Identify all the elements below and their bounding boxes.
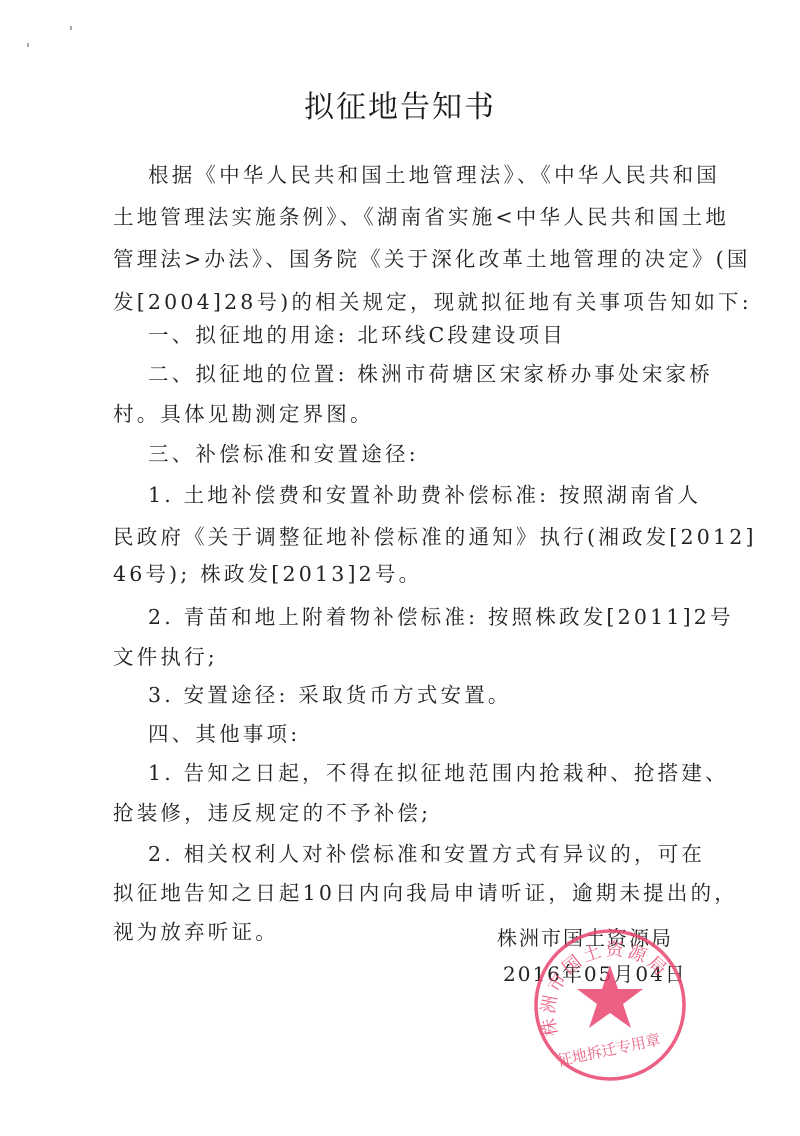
- paragraph-line: 拟征地告知之日起10日内向我局申请听证，逾期未提出的，: [113, 876, 738, 906]
- document-page: 拟征地告知书 根据《中华人民共和国土地管理法》、《中华人民共和国 土地管理法实施…: [0, 0, 800, 1136]
- paragraph-line: 土地管理法实施条例》、《湖南省实施<中华人民共和国土地: [113, 200, 729, 230]
- paragraph-line: 文件执行;: [113, 640, 218, 670]
- star-icon: [577, 965, 643, 1028]
- document-title: 拟征地告知书: [0, 82, 800, 126]
- list-item: 2. 青苗和地上附着物补偿标准: 按照株政发[2011]2号: [148, 600, 734, 630]
- paragraph-line: 管理法>办法》、国务院《关于深化改革土地管理的决定》(国: [113, 242, 751, 272]
- list-item: 3. 安置途径: 采取货币方式安置。: [148, 678, 512, 708]
- paragraph-line: 发[2004]28号)的相关规定，现就拟征地有关事项告知如下:: [113, 285, 752, 315]
- list-item: 1. 土地补偿费和安置补助费补偿标准: 按照湖南省人: [148, 478, 701, 508]
- paragraph-line: 根据《中华人民共和国土地管理法》、《中华人民共和国: [148, 158, 720, 188]
- section-heading: 三、补偿标准和安置途径:: [148, 437, 419, 467]
- section-heading: 一、拟征地的用途: 北环线C段建设项目: [148, 318, 566, 348]
- official-seal: 株洲市国土资源局 征地拆迁专用章: [530, 925, 690, 1085]
- seal-inner-text: 征地拆迁专用章: [556, 1030, 662, 1069]
- scan-speck: [27, 43, 29, 47]
- paragraph-line: 视为放弃听证。: [113, 915, 279, 945]
- paragraph-line: 抢装修，违反规定的不予补偿;: [113, 796, 431, 826]
- list-item: 1. 告知之日起，不得在拟征地范围内抢栽种、抢搭建、: [148, 756, 729, 786]
- list-item: 2. 相关权利人对补偿标准和安置方式有异议的，可在: [148, 837, 705, 867]
- paragraph-line: 村。具体见勘测定界图。: [113, 397, 374, 427]
- scan-speck: [70, 26, 72, 30]
- paragraph-line: 46号); 株政发[2013]2号。: [113, 557, 422, 587]
- section-heading: 二、拟征地的位置: 株洲市荷塘区宋家桥办事处宋家桥: [148, 357, 713, 387]
- paragraph-line: 民政府《关于调整征地补偿标准的通知》执行(湘政发[2012]: [113, 520, 757, 550]
- section-heading: 四、其他事项:: [148, 717, 300, 747]
